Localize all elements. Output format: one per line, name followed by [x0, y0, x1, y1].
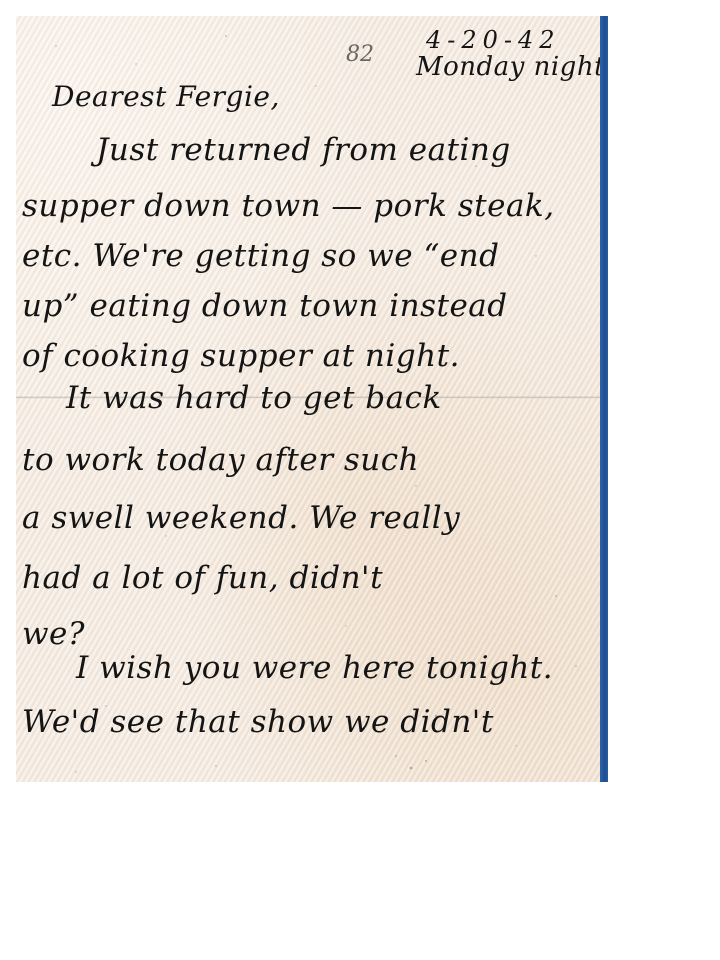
salutation: Dearest Fergie,: [52, 80, 280, 113]
letter-line: up” eating down town instead: [22, 288, 508, 324]
letter-line: We'd see that show we didn't: [22, 704, 494, 740]
letter-day: Monday night: [416, 52, 600, 82]
scan-edge-blue: [600, 16, 608, 782]
letter-date: 4-20-42: [426, 26, 561, 54]
letter-scan: 82 4-20-42 Monday night Dearest Fergie, …: [16, 16, 600, 782]
letter-line: a swell weekend. We really: [22, 500, 460, 536]
letter-line: It was hard to get back: [66, 380, 442, 416]
letter-line: of cooking supper at night.: [22, 338, 460, 374]
letter-line: supper down town — pork steak,: [22, 188, 555, 224]
letter-line: Just returned from eating: [96, 132, 511, 168]
letter-line: to work today after such: [22, 442, 419, 478]
letter-line: we?: [22, 616, 85, 652]
letter-line: had a lot of fun, didn't: [22, 560, 383, 596]
letter-line: etc. We're getting so we “end: [22, 238, 499, 274]
page-number: 82: [346, 42, 374, 67]
letter-line: I wish you were here tonight.: [76, 650, 553, 686]
